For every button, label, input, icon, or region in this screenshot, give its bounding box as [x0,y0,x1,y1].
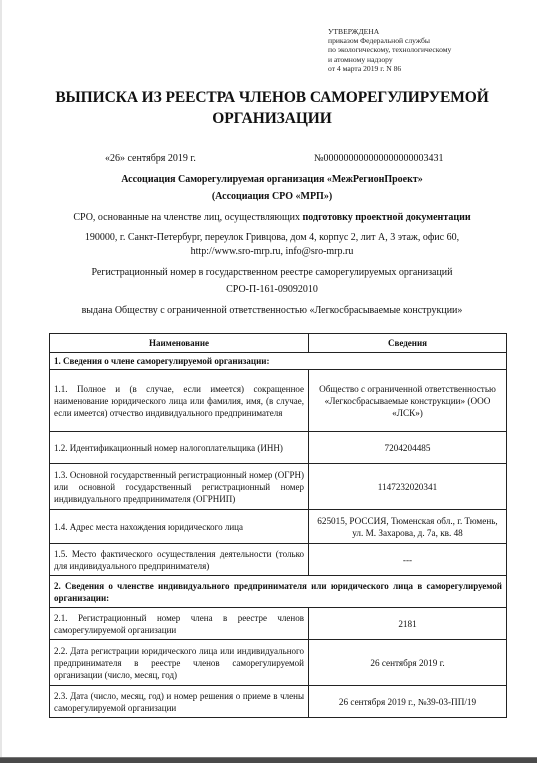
approval-stamp: УТВЕРЖДЕНА приказом Федеральной службы п… [328,27,451,73]
row-name: 1.2. Идентификационный номер налогоплате… [50,432,309,464]
approval-heading: УТВЕРЖДЕНА [328,27,451,36]
document-number: №000000000000000000003431 [314,153,444,164]
table-row: 1.1. Полное и (в случае, если имеется) с… [50,370,507,432]
row-name: 2.1. Регистрационный номер члена в реест… [50,608,309,640]
row-name: 2.2. Дата регистрации юридического лица … [50,640,309,686]
table-row: 1.4. Адрес места нахождения юридического… [50,510,507,544]
row-value: Общество с ограниченной ответственностью… [309,370,507,432]
organization-basis: СРО, основанные на членстве лиц, осущест… [42,211,502,225]
row-name: 1.3. Основной государственный регистраци… [50,464,309,510]
document-page: УТВЕРЖДЕНА приказом Федеральной службы п… [0,0,537,757]
table-row: 1.2. Идентификационный номер налогоплате… [50,432,507,464]
registry-table: Наименование Сведения 1. Сведения о член… [49,333,507,718]
row-value: --- [309,544,507,576]
organization-address: 190000, г. Санкт-Петербург, переулок Гри… [42,231,502,245]
basis-prefix: СРО, основанные на членстве лиц, осущест… [73,212,302,223]
table-row: 2.1. Регистрационный номер члена в реест… [50,608,507,640]
section-row: 1. Сведения о члене саморегулируемой орг… [50,353,507,370]
row-value: 7204204485 [309,432,507,464]
basis-activity: подготовку проектной документации [303,212,471,223]
header-value: Сведения [309,334,507,353]
row-name: 1.4. Адрес места нахождения юридического… [50,510,309,544]
row-name: 2.3. Дата (число, месяц, год) и номер ре… [50,686,309,718]
organization-short-name: (Ассоциация СРО «МРП») [42,190,502,204]
section-title: 1. Сведения о члене саморегулируемой орг… [50,353,507,370]
organization-full-name: Ассоциация Саморегулируемая организация … [42,173,502,187]
row-value: 26 сентября 2019 г. [309,640,507,686]
viewer-bottom-bar [0,757,537,763]
row-name: 1.5. Место фактического осуществления де… [50,544,309,576]
document-title: ВЫПИСКА ИЗ РЕЕСТРА ЧЛЕНОВ САМОРЕГУЛИРУЕМ… [42,87,502,129]
row-value: 625015, РОССИЯ, Тюменская обл., г. Тюмен… [309,510,507,544]
registry-label: Регистрационный номер в государственном … [42,266,502,280]
issued-to: выдана Обществу с ограниченной ответстве… [42,304,502,318]
document-date: «26» сентября 2019 г. [105,153,196,164]
organization-contacts: http://www.sro-mrp.ru, info@sro-mrp.ru [42,245,502,259]
row-value: 26 сентября 2019 г., №39-03-ПП/19 [309,686,507,718]
table-row: 1.5. Место фактического осуществления де… [50,544,507,576]
row-name: 1.1. Полное и (в случае, если имеется) с… [50,370,309,432]
header-name: Наименование [50,334,309,353]
registry-number: СРО-П-161-09092010 [42,283,502,297]
row-value: 1147232020341 [309,464,507,510]
approval-line: приказом Федеральной службы [328,36,451,45]
table-row: 2.3. Дата (число, месяц, год) и номер ре… [50,686,507,718]
approval-line: по экологическому, технологическому [328,45,451,54]
table-row: 1.3. Основной государственный регистраци… [50,464,507,510]
section-row: 2. Сведения о членстве индивидуального п… [50,576,507,608]
row-value: 2181 [309,608,507,640]
approval-line: от 4 марта 2019 г. N 86 [328,64,451,73]
table-row: 2.2. Дата регистрации юридического лица … [50,640,507,686]
approval-line: и атомному надзору [328,55,451,64]
table-header-row: Наименование Сведения [50,334,507,353]
section-title: 2. Сведения о членстве индивидуального п… [50,576,507,608]
